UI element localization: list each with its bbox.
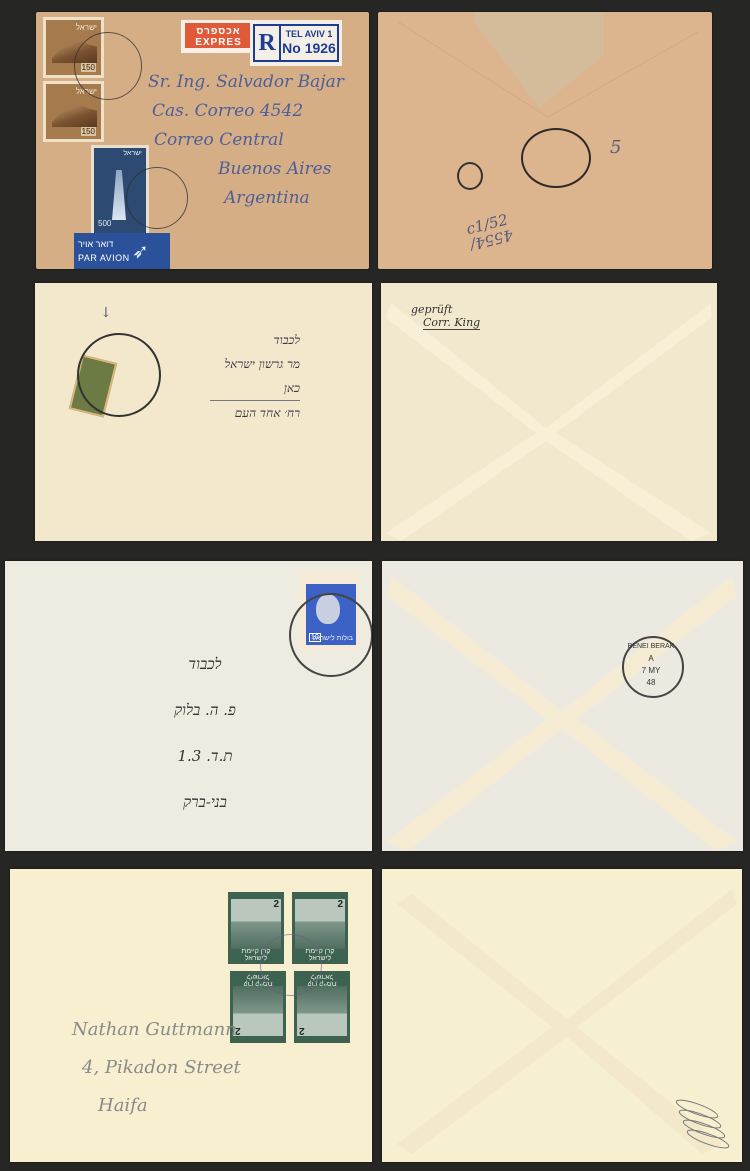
cover-2-back[interactable]: geprüft Corr. King [381, 283, 717, 541]
postmark-tel-aviv-yafo [521, 128, 591, 188]
express-label: אכספרסEXPRES [181, 20, 256, 53]
cover-2-front[interactable]: ↓ לכבוד מר גרשון ישראל כאן רח׳ אחד העם [35, 283, 372, 541]
postmark-tel-aviv [74, 32, 142, 100]
postmark [260, 934, 322, 996]
cover-1-back[interactable]: 5 c1/52 4554/ [378, 12, 712, 269]
address-block: Sr. Ing. Salvador Bajar Cas. Correo 4542… [148, 68, 344, 213]
postmark [77, 333, 161, 417]
address-block: Nathan Guttmann 4, Pikadon Street Haifa [72, 1011, 241, 1125]
postmark [289, 593, 372, 677]
winged-gazelle-icon: ➶ [132, 239, 149, 264]
address-block: לכבוד פ. ה. בלוק ת.ד. 1.3 בני-ברק [155, 641, 255, 825]
cover-3-front[interactable]: 10 בולות לישראל לכבוד פ. ה. בלוק ת.ד. 1.… [5, 561, 372, 851]
cover-4-front[interactable]: 2קרן קיימת לישראל 2קרן קיימת לישראל 2קרן… [10, 869, 372, 1162]
cover-4-back[interactable]: signature [382, 869, 742, 1162]
cover-1-front[interactable]: ישראל 150 ישראל 150 אכספרסEXPRES R TEL A… [36, 12, 369, 269]
registration-label: R TEL AVIV 1 No 1926 [250, 20, 342, 66]
receiving-mark [457, 162, 483, 190]
airmail-etiquette: דואר אויר PAR AVION ➶ [74, 233, 170, 269]
cover-3-back[interactable]: BENEI BERAK A 7 MY 48 [382, 561, 743, 851]
address-block: לכבוד מר גרשון ישראל כאן רח׳ אחד העם [210, 328, 300, 425]
